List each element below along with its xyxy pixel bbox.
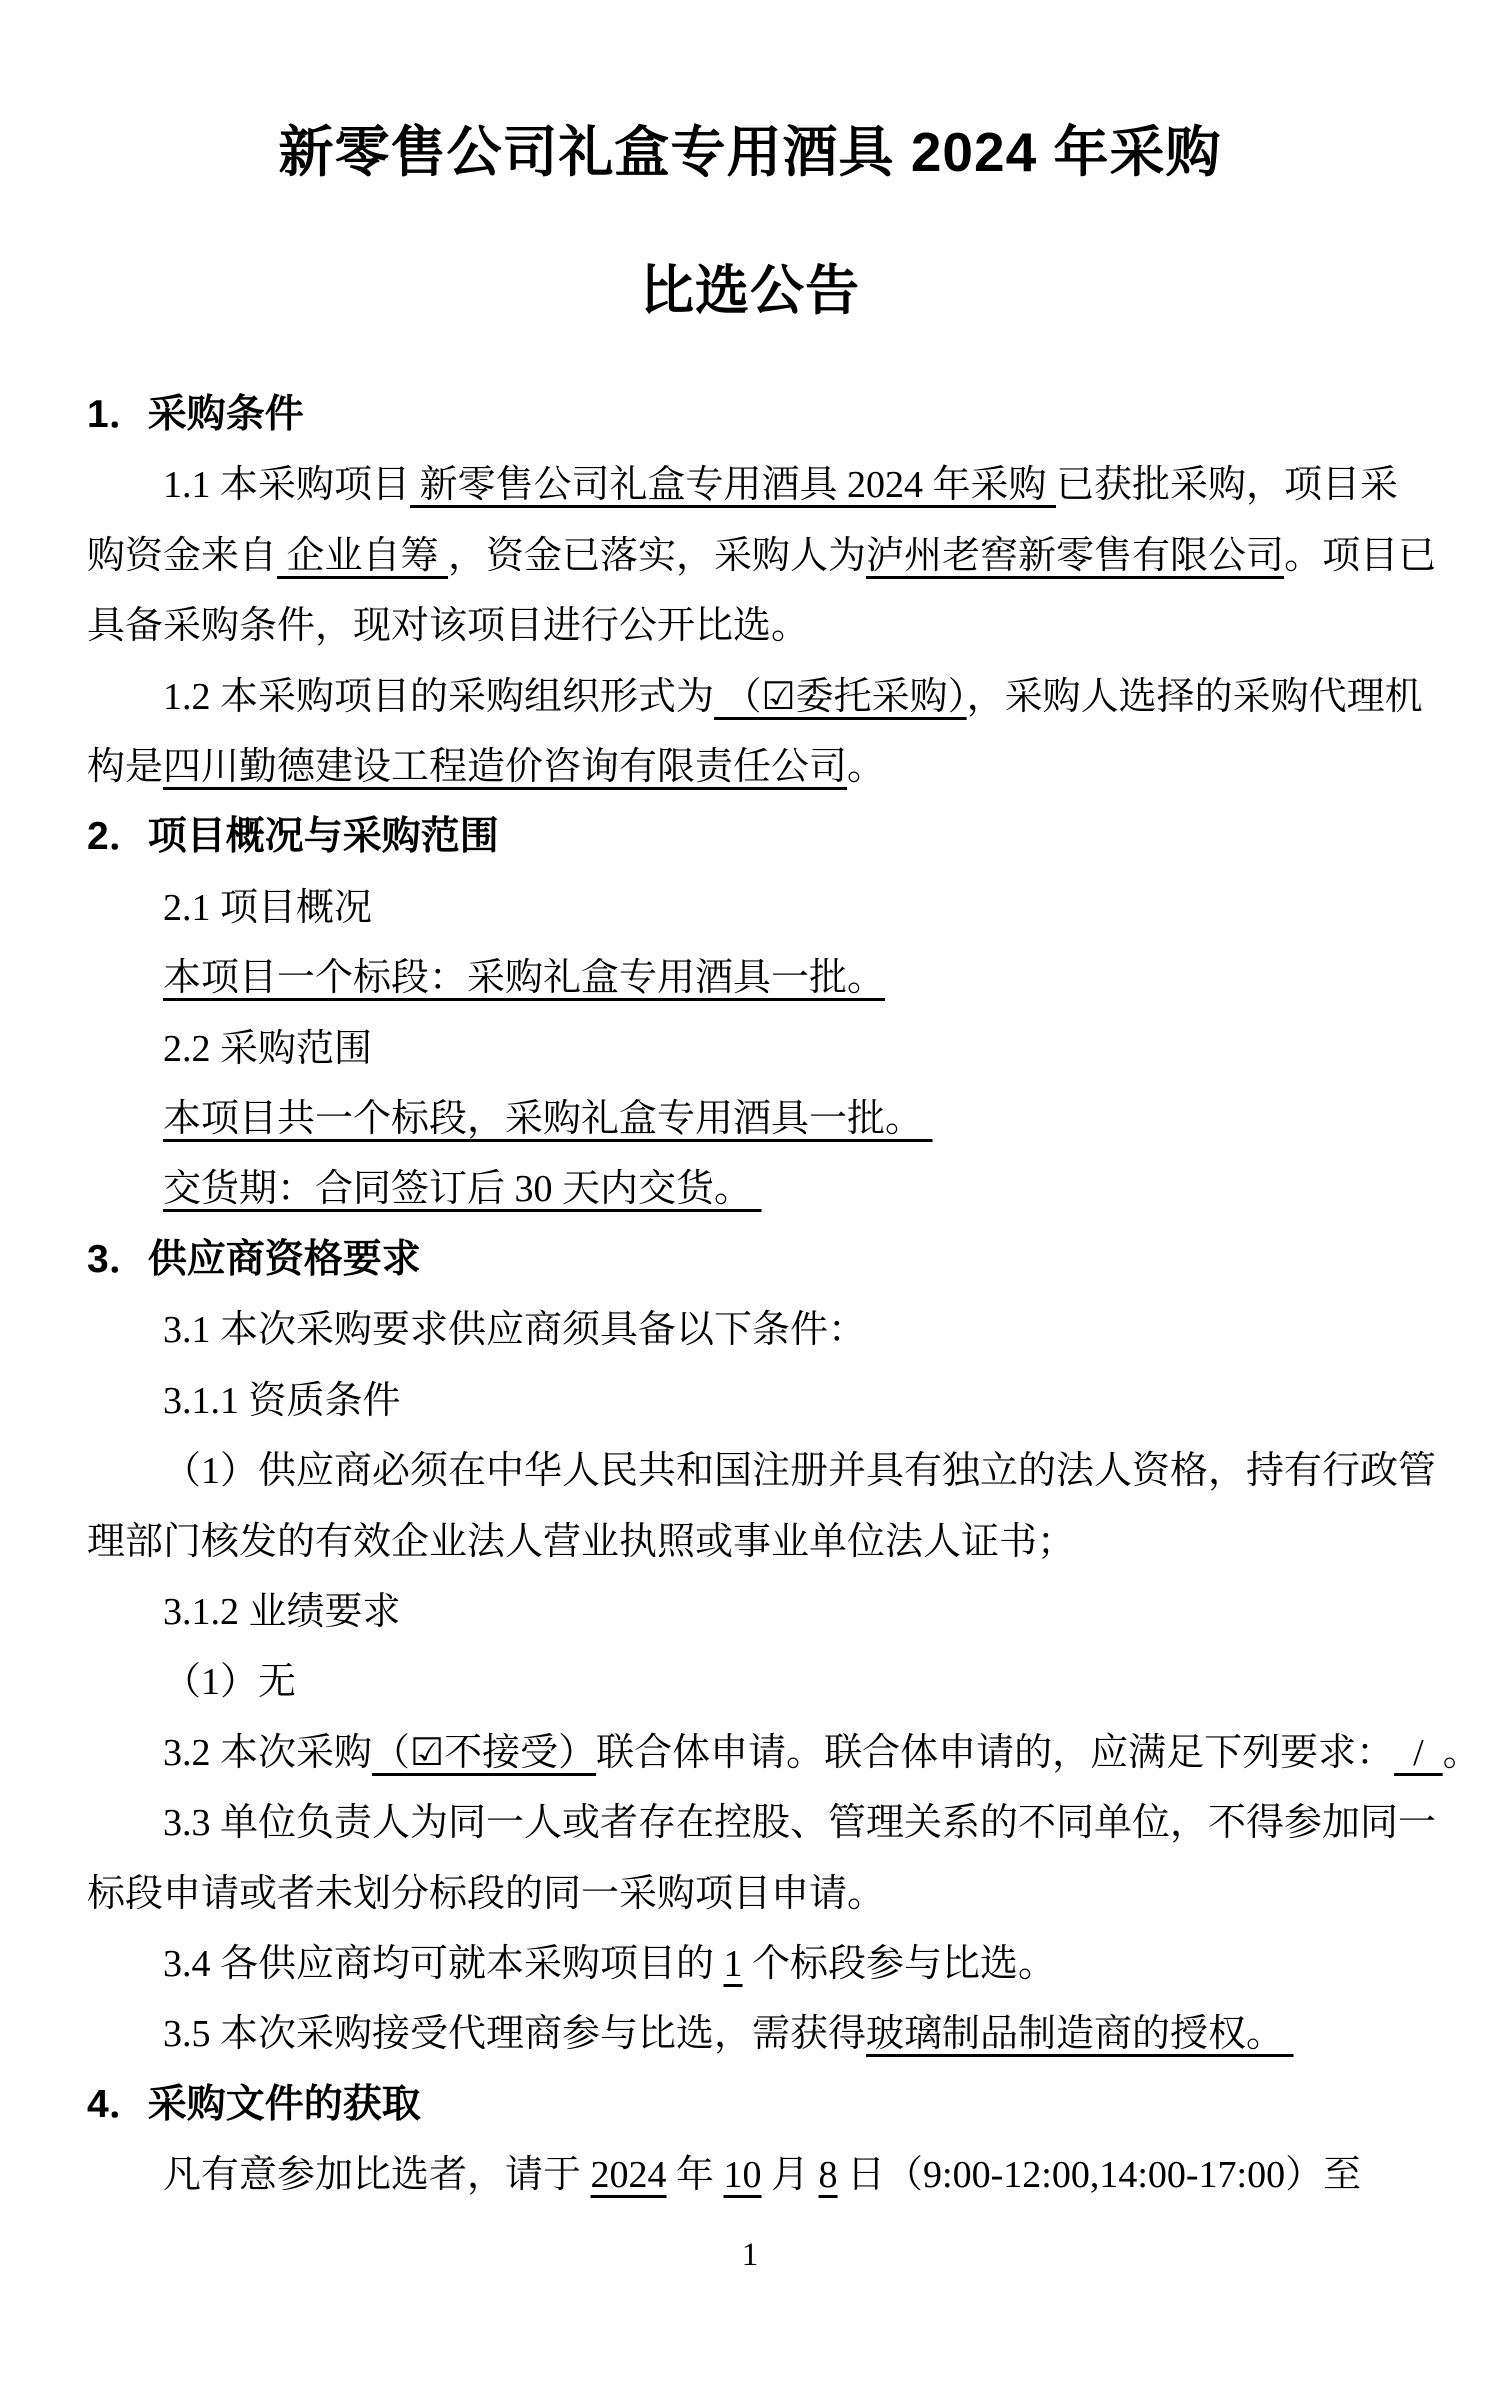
text-run: 购资金来自 (87, 535, 277, 577)
text-run: 凡有意参加比选者，请于 (163, 2154, 591, 2196)
para-1-2-line-2: 构是四川勤德建设工程造价咨询有限责任公司。 (87, 732, 1413, 802)
document-page: 新零售公司礼盒专用酒具 2024 年采购 比选公告 1．采购条件 1.1 本采购… (0, 0, 1500, 2397)
text-run: 2．项目概况与采购范围 (87, 815, 499, 858)
text-run: 1.1 本采购项目 (163, 464, 410, 506)
section-3-heading: 3．供应商资格要求 (87, 1225, 1413, 1295)
para-3-3-line-2: 标段申请或者未划分标段的同一采购项目申请。 (87, 1859, 1413, 1929)
para-2-2-detail: 本项目共一个标段，采购礼盒专用酒具一批。 (87, 1084, 1413, 1154)
document-body: 1．采购条件 1.1 本采购项目 新零售公司礼盒专用酒具 2024 年采购 已获… (87, 380, 1413, 2211)
underlined-text-run: 交货期：合同签订后 30 天内交货。 (163, 1168, 762, 1210)
para-2-1-heading: 2.1 项目概况 (87, 873, 1413, 943)
text-run: 3.5 本次采购接受代理商参与比选，需获得 (163, 2013, 866, 2055)
para-1-1-line-3: 具备采购条件，现对该项目进行公开比选。 (87, 591, 1413, 661)
text-run: （1）供应商必须在中华人民共和国注册并具有独立的法人资格，持有行政管 (163, 1450, 1436, 1492)
underlined-text-run: （☑委托采购） (714, 676, 967, 718)
underlined-text-run: 本项目一个标段：采购礼盒专用酒具一批。 (163, 957, 885, 999)
underlined-text-run: 1 (724, 1943, 743, 1985)
para-3-1-1-heading: 3.1.1 资质条件 (87, 1366, 1413, 1436)
underlined-text-run: 泸州老窖新零售有限公司 (866, 535, 1284, 577)
document-title: 新零售公司礼盒专用酒具 2024 年采购 (0, 124, 1500, 180)
text-run: 月 (762, 2154, 819, 2196)
para-1-1-line-2: 购资金来自 企业自筹 ，资金已落实，采购人为泸州老窖新零售有限公司。项目已 (87, 521, 1413, 591)
text-run: 3.1 本次采购要求供应商须具备以下条件： (163, 1309, 866, 1351)
underlined-text-run: 2024 (591, 2154, 667, 2196)
para-3-1-1-item-line-1: （1）供应商必须在中华人民共和国注册并具有独立的法人资格，持有行政管 (87, 1436, 1413, 1506)
underlined-text-run: 玻璃制品制造商的授权。 (866, 2013, 1294, 2055)
text-run: 年 (667, 2154, 724, 2196)
text-run: 个标段参与比选。 (743, 1943, 1057, 1985)
para-3-1-2-item: （1）无 (87, 1647, 1413, 1717)
section-2-heading: 2．项目概况与采购范围 (87, 802, 1413, 872)
para-2-2-heading: 2.2 采购范围 (87, 1014, 1413, 1084)
text-run: 构是 (87, 746, 163, 788)
text-run: 联合体申请。联合体申请的，应满足下列要求： (596, 1732, 1394, 1774)
text-run: ，采购人选择的采购代理机 (967, 676, 1423, 718)
underlined-text-run: 四川勤德建设工程造价咨询有限责任公司 (163, 746, 847, 788)
para-3-1-2-heading: 3.1.2 业绩要求 (87, 1577, 1413, 1647)
para-3-1: 3.1 本次采购要求供应商须具备以下条件： (87, 1295, 1413, 1365)
underlined-text-run: / (1394, 1732, 1443, 1774)
para-3-5: 3.5 本次采购接受代理商参与比选，需获得玻璃制品制造商的授权。 (87, 1999, 1413, 2069)
text-run: 3．供应商资格要求 (87, 1238, 421, 1281)
text-run: 2.1 项目概况 (163, 887, 372, 929)
text-run: 。项目已 (1284, 535, 1436, 577)
text-run: 具备采购条件，现对该项目进行公开比选。 (87, 605, 809, 647)
underlined-text-run: 10 (724, 2154, 762, 2196)
text-run: 3.2 本次采购 (163, 1732, 372, 1774)
text-run: 3.4 各供应商均可就本采购项目的 (163, 1943, 724, 1985)
text-run: 。 (1443, 1732, 1481, 1774)
underlined-text-run: 本项目共一个标段，采购礼盒专用酒具一批。 (163, 1098, 933, 1140)
text-run: （1）无 (163, 1661, 296, 1703)
para-3-1-1-item-line-2: 理部门核发的有效企业法人营业执照或事业单位法人证书； (87, 1507, 1413, 1577)
section-1-heading: 1．采购条件 (87, 380, 1413, 450)
text-run: 4．采购文件的获取 (87, 2083, 421, 2126)
para-1-1-line-1: 1.1 本采购项目 新零售公司礼盒专用酒具 2024 年采购 已获批采购，项目采 (87, 450, 1413, 520)
text-run: ，资金已落实，采购人为 (448, 535, 866, 577)
text-run: 日（9:00-12:00,14:00-17:00）至 (838, 2154, 1362, 2196)
text-run: 2.2 采购范围 (163, 1028, 372, 1070)
underlined-text-run: 新零售公司礼盒专用酒具 2024 年采购 (410, 464, 1056, 506)
page-number: 1 (0, 2233, 1500, 2277)
underlined-text-run: （☑不接受） (372, 1732, 596, 1774)
document-subtitle: 比选公告 (0, 263, 1500, 319)
para-1-2-line-1: 1.2 本采购项目的采购组织形式为 （☑委托采购），采购人选择的采购代理机 (87, 662, 1413, 732)
text-run: 1.2 本采购项目的采购组织形式为 (163, 676, 714, 718)
text-run: 标段申请或者未划分标段的同一采购项目申请。 (87, 1873, 885, 1915)
para-2-2-delivery: 交货期：合同签订后 30 天内交货。 (87, 1154, 1413, 1224)
section-4-heading: 4．采购文件的获取 (87, 2070, 1413, 2140)
text-run: 3.1.2 业绩要求 (163, 1591, 401, 1633)
underlined-text-run: 8 (819, 2154, 838, 2196)
text-run: 。 (847, 746, 885, 788)
para-3-2: 3.2 本次采购（☑不接受）联合体申请。联合体申请的，应满足下列要求： / 。 (87, 1718, 1413, 1788)
underlined-text-run: 企业自筹 (277, 535, 448, 577)
para-3-3-line-1: 3.3 单位负责人为同一人或者存在控股、管理关系的不同单位，不得参加同一 (87, 1788, 1413, 1858)
text-run: 1．采购条件 (87, 393, 304, 436)
para-2-1-detail: 本项目一个标段：采购礼盒专用酒具一批。 (87, 943, 1413, 1013)
text-run: 3.1.1 资质条件 (163, 1380, 401, 1422)
para-3-4: 3.4 各供应商均可就本采购项目的 1 个标段参与比选。 (87, 1929, 1413, 1999)
text-run: 3.3 单位负责人为同一人或者存在控股、管理关系的不同单位，不得参加同一 (163, 1802, 1436, 1844)
para-4-1: 凡有意参加比选者，请于 2024 年 10 月 8 日（9:00-12:00,1… (87, 2140, 1413, 2210)
text-run: 已获批采购，项目采 (1056, 464, 1398, 506)
text-run: 理部门核发的有效企业法人营业执照或事业单位法人证书； (87, 1521, 1075, 1563)
